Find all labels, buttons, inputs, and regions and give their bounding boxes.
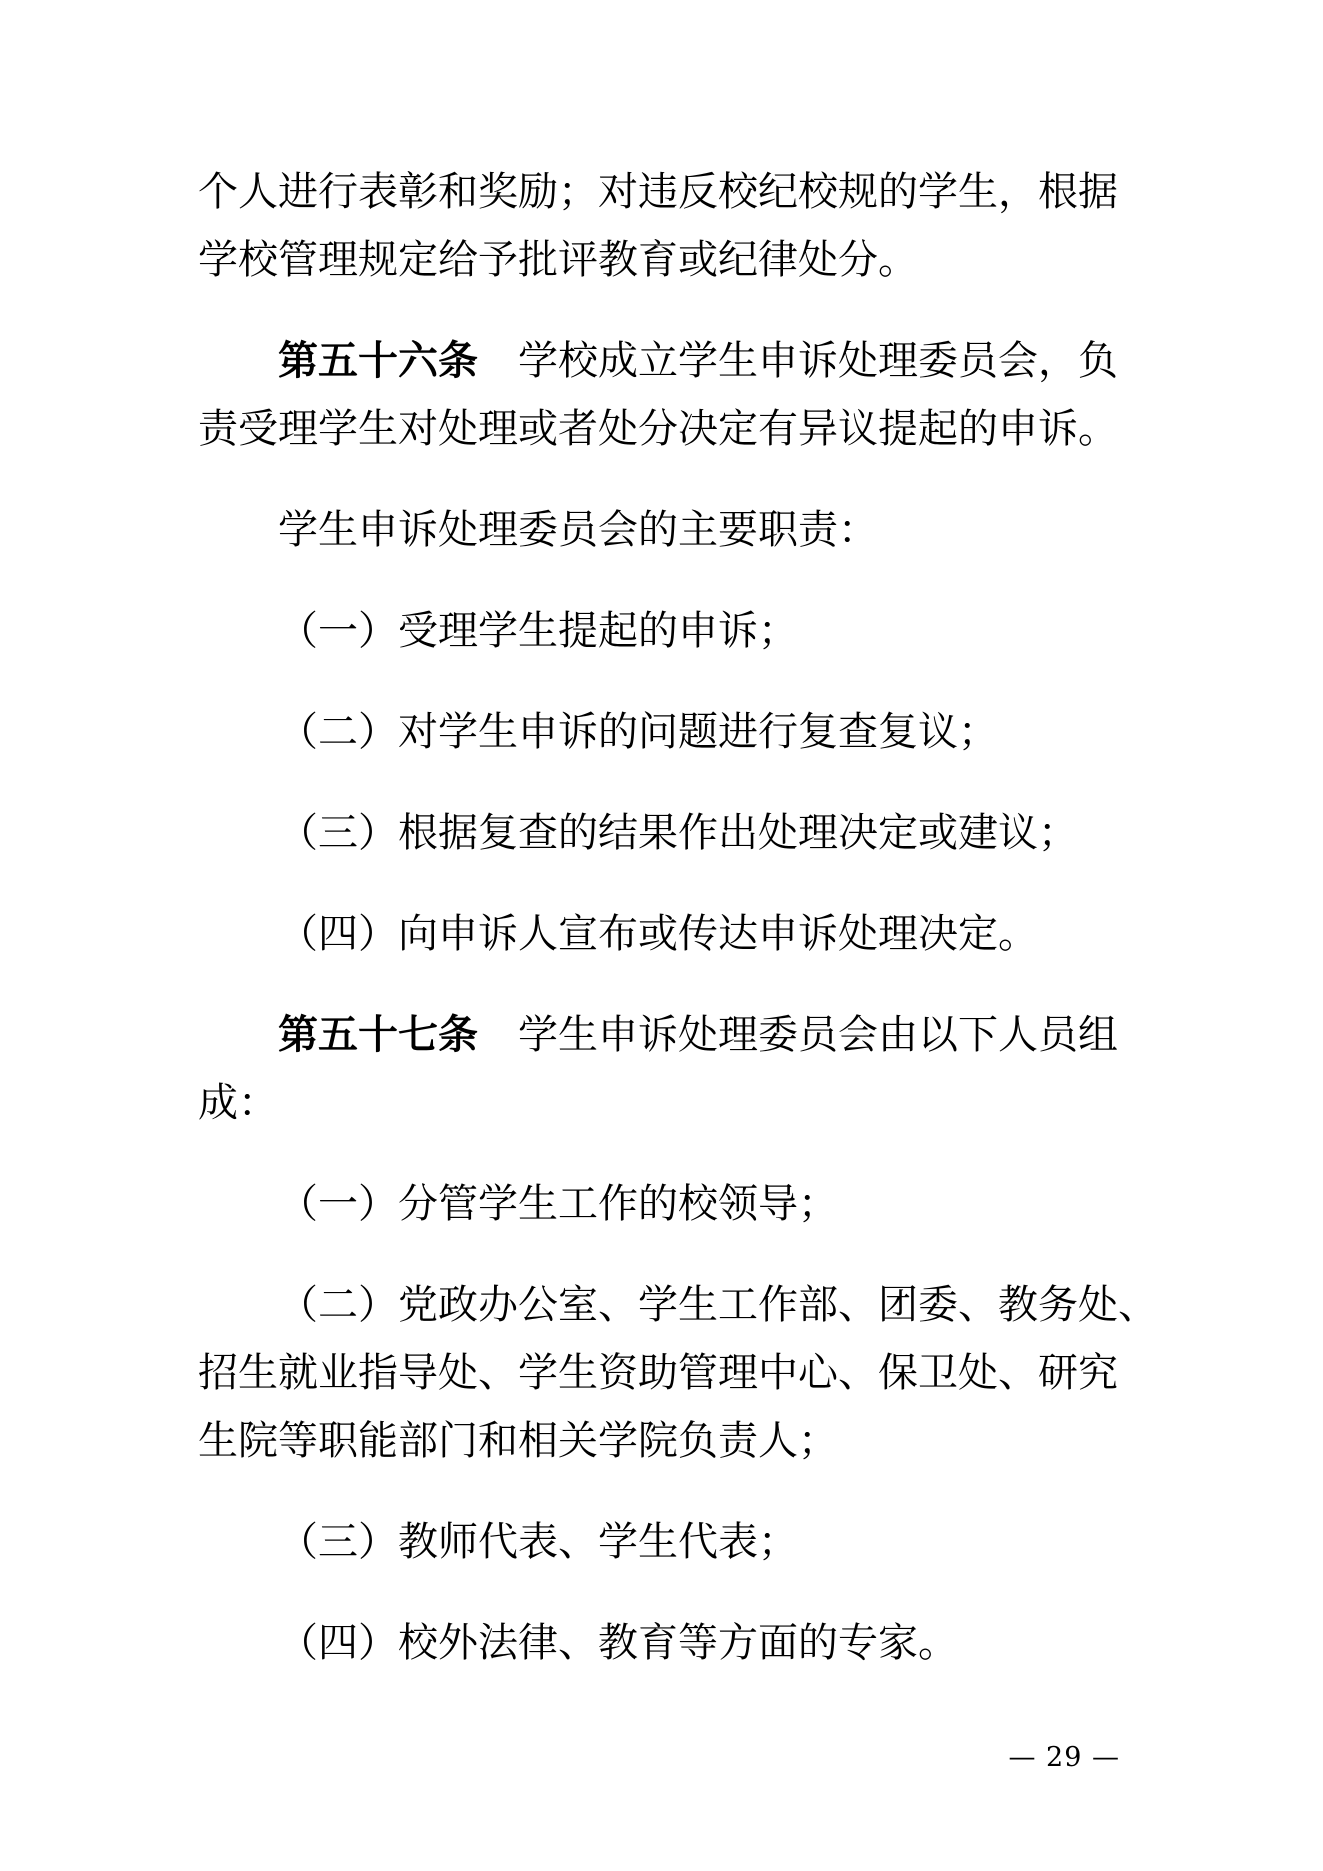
document-page: 个人进行表彰和奖励；对违反校纪校规的学生，根据学校管理规定给予批评教育或纪律处分… bbox=[0, 0, 1323, 1871]
text-line: 学生申诉处理委员会的主要职责： bbox=[198, 496, 1122, 564]
text-line: （四）校外法律、教育等方面的专家。 bbox=[198, 1609, 1122, 1677]
text-line: （三）教师代表、学生代表； bbox=[198, 1508, 1122, 1576]
text-line: 个人进行表彰和奖励；对违反校纪校规的学生，根据 bbox=[198, 158, 1122, 226]
text-line: （二）党政办公室、学生工作部、团委、教务处、 bbox=[198, 1271, 1122, 1339]
text-line: 生院等职能部门和相关学院负责人； bbox=[198, 1407, 1122, 1475]
text-line: （三）根据复查的结果作出处理决定或建议； bbox=[198, 799, 1122, 867]
text-line: （一）受理学生提起的申诉； bbox=[198, 597, 1122, 665]
text-line: 成： bbox=[198, 1069, 1122, 1137]
text-line: （四）向申诉人宣布或传达申诉处理决定。 bbox=[198, 900, 1122, 968]
article-number: 第五十六条 bbox=[278, 337, 478, 384]
text-line: （一）分管学生工作的校领导； bbox=[198, 1170, 1122, 1238]
article-number: 第五十七条 bbox=[278, 1011, 478, 1058]
text-line: 责受理学生对处理或者处分决定有异议提起的申诉。 bbox=[198, 395, 1122, 463]
article-heading-line: 第五十六条 学校成立学生申诉处理委员会，负 bbox=[198, 327, 1122, 395]
document-body: 个人进行表彰和奖励；对违反校纪校规的学生，根据学校管理规定给予批评教育或纪律处分… bbox=[198, 158, 1122, 1677]
text-line: 学校管理规定给予批评教育或纪律处分。 bbox=[198, 226, 1122, 294]
article-heading-line: 第五十七条 学生申诉处理委员会由以下人员组 bbox=[198, 1001, 1122, 1069]
page-number: — 29 — bbox=[1008, 1742, 1120, 1774]
text-line: 招生就业指导处、学生资助管理中心、保卫处、研究 bbox=[198, 1339, 1122, 1407]
text-line: （二）对学生申诉的问题进行复查复议； bbox=[198, 698, 1122, 766]
